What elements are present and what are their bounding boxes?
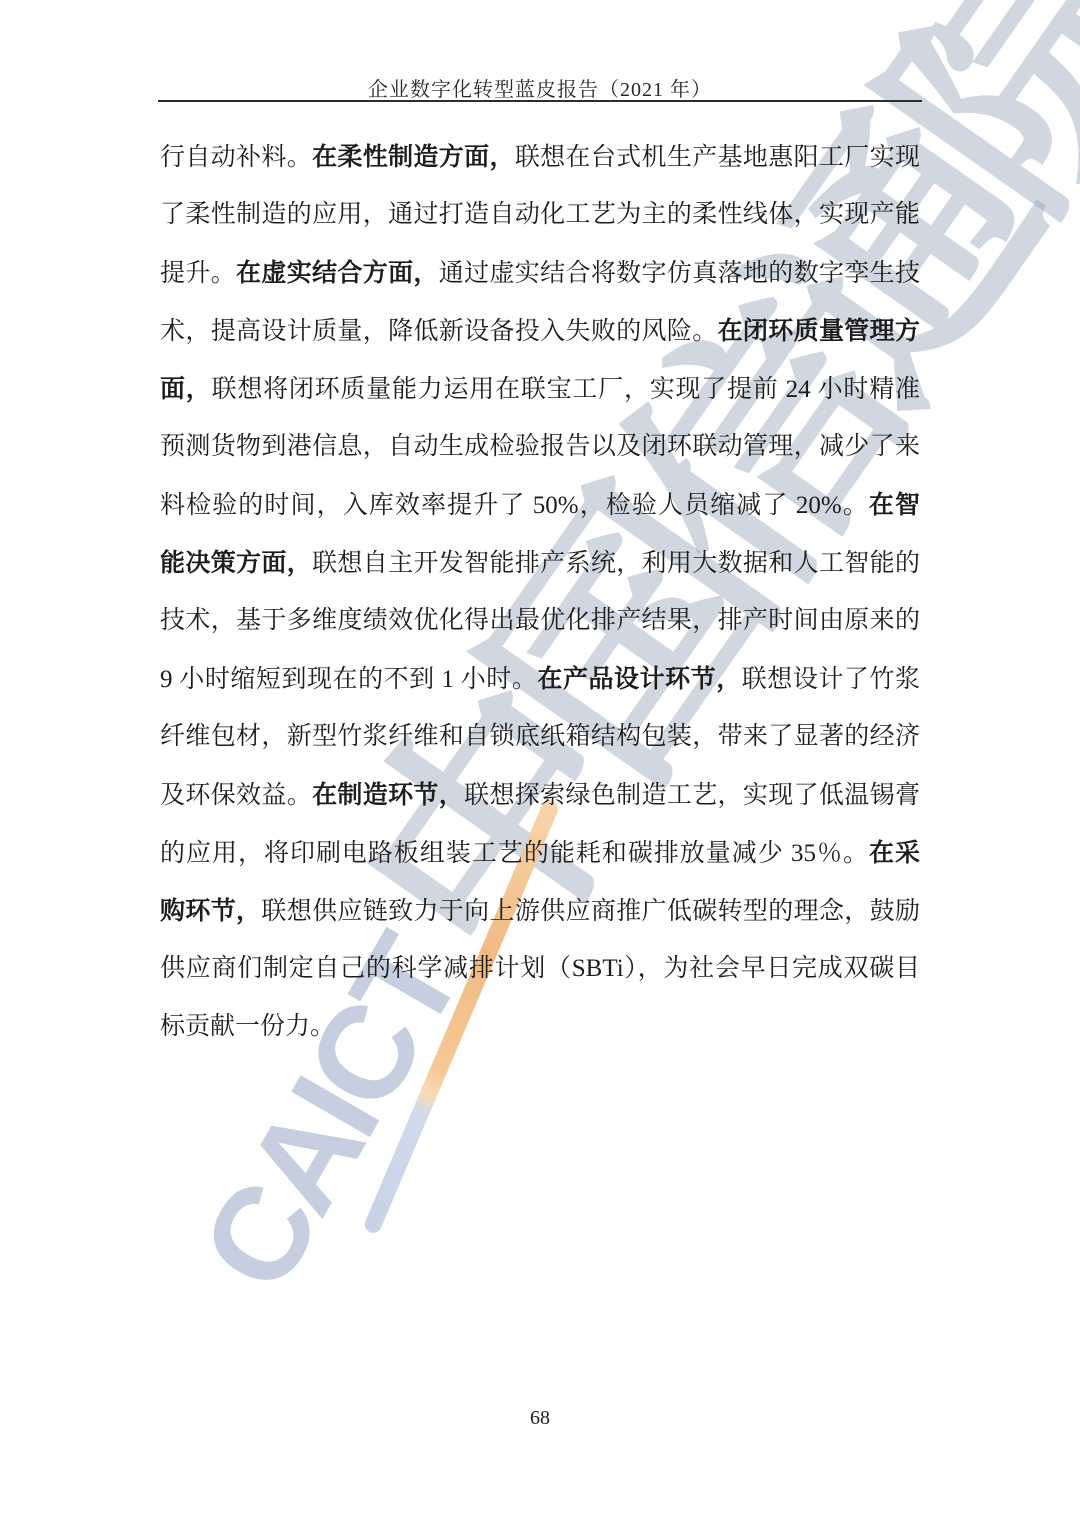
text-segment: 了柔性制造的应用，通过打造自动化工艺为主的柔性线体，实现产能 — [160, 201, 920, 228]
text-segment: 纤维包材，新型竹浆纤维和自锁底纸箱结构包装，带来了显著的经济 — [160, 723, 920, 750]
header-rule — [158, 100, 922, 102]
emphasis-text-segment: 在虚实结合方面， — [236, 259, 439, 287]
text-line: 及环保效益。在制造环节，联想探索绿色制造工艺，实现了低温锡膏 — [160, 766, 920, 824]
text-segment: 及环保效益。 — [160, 782, 312, 809]
emphasis-text-segment: 在采 — [869, 839, 920, 867]
text-segment: 9 小时缩短到现在的不到 1 小时。 — [160, 666, 537, 693]
text-line: 标贡献一份力。 — [160, 998, 920, 1056]
text-line: 购环节，联想供应链致力于向上游供应商推广低碳转型的理念，鼓励 — [160, 882, 920, 940]
text-line: 的应用，将印刷电路板组装工艺的能耗和碳排放量减少 35％。在采 — [160, 824, 920, 882]
text-segment: 料检验的时间，入库效率提升了 50%，检验人员缩减了 20%。 — [160, 492, 869, 519]
emphasis-text-segment: 在智 — [869, 491, 920, 519]
text-line: 料检验的时间，入库效率提升了 50%，检验人员缩减了 20%。在智 — [160, 476, 920, 534]
text-segment: 行自动补料。 — [160, 144, 312, 171]
text-segment: 联想在台式机生产基地惠阳工厂实现 — [515, 144, 920, 171]
text-segment: 技术，基于多维度绩效优化得出最优化排产结果，排产时间由原来的 — [160, 607, 920, 634]
text-line: 了柔性制造的应用，通过打造自动化工艺为主的柔性线体，实现产能 — [160, 186, 920, 244]
page-header-title: 企业数字化转型蓝皮报告（2021 年） — [0, 73, 1080, 102]
text-line: 行自动补料。在柔性制造方面，联想在台式机生产基地惠阳工厂实现 — [160, 128, 920, 186]
text-line: 提升。在虚实结合方面，通过虚实结合将数字仿真落地的数字孪生技 — [160, 244, 920, 302]
text-line: 9 小时缩短到现在的不到 1 小时。在产品设计环节，联想设计了竹浆 — [160, 650, 920, 708]
emphasis-text-segment: 能决策方面， — [160, 549, 312, 577]
text-segment: 供应商们制定自己的科学减排计划（SBTi），为社会早日完成双碳目 — [160, 955, 920, 982]
text-segment: 通过虚实结合将数字仿真落地的数字孪生技 — [439, 260, 920, 287]
emphasis-text-segment: 面， — [160, 375, 212, 403]
text-line: 纤维包材，新型竹浆纤维和自锁底纸箱结构包装，带来了显著的经济 — [160, 708, 920, 766]
text-segment: 的应用，将印刷电路板组装工艺的能耗和碳排放量减少 35％。 — [160, 840, 869, 867]
emphasis-text-segment: 在产品设计环节， — [537, 665, 741, 693]
text-segment: 术，提高设计质量，降低新设备投入失败的风险。 — [160, 318, 718, 345]
text-segment: 联想将闭环质量能力运用在联宝工厂，实现了提前 24 小时精准 — [212, 376, 920, 403]
text-line: 能决策方面，联想自主开发智能排产系统，利用大数据和人工智能的 — [160, 534, 920, 592]
emphasis-text-segment: 购环节， — [160, 897, 261, 925]
text-line: 面，联想将闭环质量能力运用在联宝工厂，实现了提前 24 小时精准 — [160, 360, 920, 418]
text-segment: 联想自主开发智能排产系统，利用大数据和人工智能的 — [312, 550, 920, 577]
page-number: 68 — [0, 1407, 1080, 1430]
text-segment: 预测货物到港信息，自动生成检验报告以及闭环联动管理，减少了来 — [160, 433, 920, 460]
body-text: 行自动补料。在柔性制造方面，联想在台式机生产基地惠阳工厂实现了柔性制造的应用，通… — [160, 128, 920, 1056]
emphasis-text-segment: 在柔性制造方面， — [312, 143, 515, 171]
text-line: 供应商们制定自己的科学减排计划（SBTi），为社会早日完成双碳目 — [160, 940, 920, 998]
text-line: 技术，基于多维度绩效优化得出最优化排产结果，排产时间由原来的 — [160, 592, 920, 650]
text-segment: 联想探索绿色制造工艺，实现了低温锡膏 — [464, 782, 920, 809]
text-segment: 提升。 — [160, 260, 236, 287]
text-segment: 联想设计了竹浆 — [742, 666, 920, 693]
emphasis-text-segment: 在制造环节， — [312, 781, 464, 809]
text-segment: 标贡献一份力。 — [160, 1013, 335, 1040]
document-page: 中国信通院 CAICT 企业数字化转型蓝皮报告（2021 年） 行自动补料。在柔… — [0, 0, 1080, 1527]
text-line: 术，提高设计质量，降低新设备投入失败的风险。在闭环质量管理方 — [160, 302, 920, 360]
text-segment: 联想供应链致力于向上游供应商推广低碳转型的理念，鼓励 — [261, 898, 920, 925]
text-line: 预测货物到港信息，自动生成检验报告以及闭环联动管理，减少了来 — [160, 418, 920, 476]
emphasis-text-segment: 在闭环质量管理方 — [718, 317, 920, 345]
